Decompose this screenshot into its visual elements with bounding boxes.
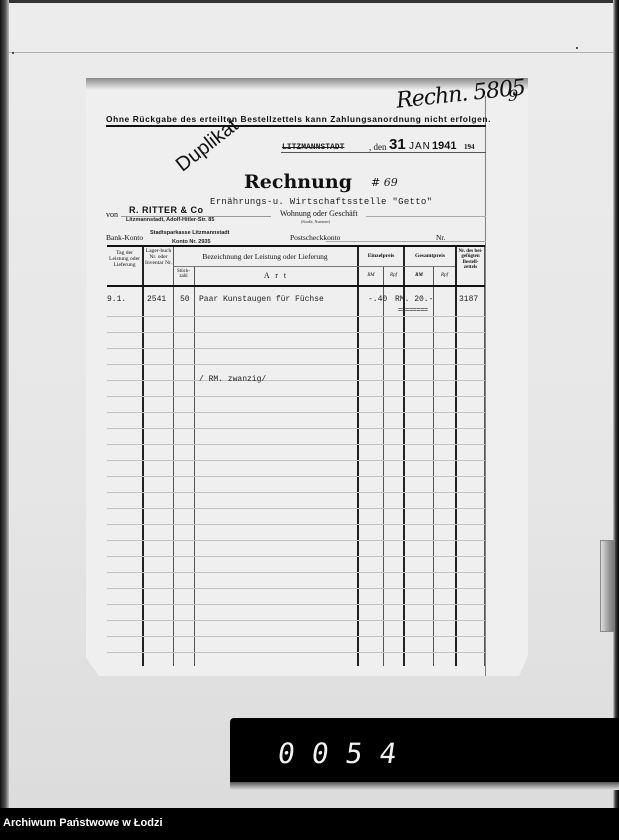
- paper-edge-tab: [600, 540, 614, 632]
- row-line: [107, 444, 485, 445]
- dust-speck: [12, 52, 14, 54]
- date-year: 1941: [432, 140, 456, 152]
- header-description: Bezeichnung der Leistung oder Lieferung: [173, 253, 357, 261]
- date-line: [281, 152, 486, 153]
- header-date: Tag der Leistung oder Lieferung: [107, 251, 142, 269]
- date-prefix: , den: [369, 142, 387, 152]
- header-unit-price: Einzelpreis: [359, 254, 403, 260]
- date-month: JAN: [409, 141, 431, 152]
- return-notice: Ohne Rückgabe des erteilten Bestellzette…: [106, 114, 486, 124]
- column-divider: [433, 267, 434, 666]
- film-edge-right: [613, 0, 619, 808]
- dust-speck: [576, 47, 578, 49]
- total-double-underline: ========: [398, 307, 428, 315]
- row-line: [107, 460, 485, 461]
- film-edge-left: [0, 0, 9, 808]
- handwritten-invoice-number: # 69: [371, 176, 398, 189]
- row-line: [107, 540, 485, 541]
- firm-address: Litzmannstadt, Adolf-Hitler-Str. 85: [126, 217, 214, 223]
- row-line: [107, 492, 485, 493]
- date-day: 31: [389, 136, 406, 153]
- row-line: [107, 332, 485, 333]
- header-order-number: Nr. des bei-gefügten Bestell-zettels: [457, 249, 484, 270]
- row-line: [107, 364, 485, 365]
- header-quantity: Stück-zahl: [173, 269, 194, 280]
- row-line: [107, 604, 485, 605]
- header-subrule: [173, 266, 455, 267]
- residence-line: [366, 216, 486, 217]
- row-line: [107, 652, 485, 653]
- row-line: [107, 396, 485, 397]
- film-edge-top: [0, 0, 619, 3]
- archive-name: Archiwum Państwowe w Łodzi: [3, 817, 163, 829]
- residence-sublabel: (Straße, Nummer): [301, 219, 330, 224]
- header-bottom-rule: [107, 285, 485, 287]
- row-order-number: 3187: [459, 295, 478, 304]
- firm-name: R. RITTER & Co: [129, 205, 204, 215]
- header-total-rm: RM: [405, 273, 433, 278]
- row-unit-price: -.40: [368, 295, 387, 304]
- row-article: Paar Kunstaugen für Füchse: [199, 295, 324, 304]
- postal-account-line: [326, 241, 486, 242]
- header-total-price: Gesamtpreis: [405, 254, 455, 260]
- preprinted-year: 194: [464, 143, 475, 151]
- header-inventory-number: Lager-buch Nr. oder Inventar Nr.: [144, 249, 173, 267]
- invoice-sheet: Rechn. 5805 9 Ohne Rückgabe des erteilte…: [86, 78, 528, 676]
- row-line: [107, 620, 485, 621]
- row-line: [107, 316, 485, 317]
- margin-line: [485, 96, 486, 676]
- header-unit-rpf: Rpf: [384, 273, 403, 278]
- bank-name: Stadtsparkasse Litzmannstadt: [150, 230, 229, 236]
- recipient-name: Ernährungs-u. Wirtschaftsstelle "Getto": [210, 197, 432, 207]
- row-total-price: RM. 20.-: [395, 295, 433, 304]
- scanner-guide-line: [9, 52, 613, 53]
- row-line: [107, 556, 485, 557]
- column-divider: [194, 267, 195, 666]
- handwritten-page-number: 9: [508, 86, 518, 105]
- header-total-rpf: Rpf: [434, 273, 455, 278]
- notice-underline: [106, 125, 486, 127]
- row-line: [107, 412, 485, 413]
- row-line: [107, 508, 485, 509]
- residence-label: Wohnung oder Geschäft: [280, 209, 358, 218]
- row-line: [107, 428, 485, 429]
- row-line: [107, 476, 485, 477]
- row-line: [107, 524, 485, 525]
- strip-shadow: [230, 782, 619, 790]
- from-label: von: [106, 210, 118, 219]
- column-divider: [383, 267, 384, 666]
- row-line: [107, 380, 485, 381]
- number-label: Nr.: [436, 233, 445, 242]
- row-line: [107, 588, 485, 589]
- amount-in-words: / RM. zwanzig/: [199, 375, 266, 384]
- header-unit-rm: RM: [359, 273, 383, 278]
- header-article: A r t: [195, 272, 357, 280]
- bank-account-label: Bank-Konto: [106, 233, 143, 242]
- row-line: [107, 636, 485, 637]
- frame-counter: 0054: [276, 737, 416, 770]
- row-inventory-number: 2541: [147, 295, 166, 304]
- document-title: Rechnung: [244, 171, 352, 193]
- row-quantity: 50: [180, 295, 190, 304]
- row-line: [107, 572, 485, 573]
- row-line: [107, 348, 485, 349]
- row-date: 9.1.: [107, 295, 126, 304]
- place-name: LITZMANNSTADT: [282, 143, 344, 152]
- invoice-table: Tag der Leistung oder Lieferung Lager-bu…: [107, 247, 485, 666]
